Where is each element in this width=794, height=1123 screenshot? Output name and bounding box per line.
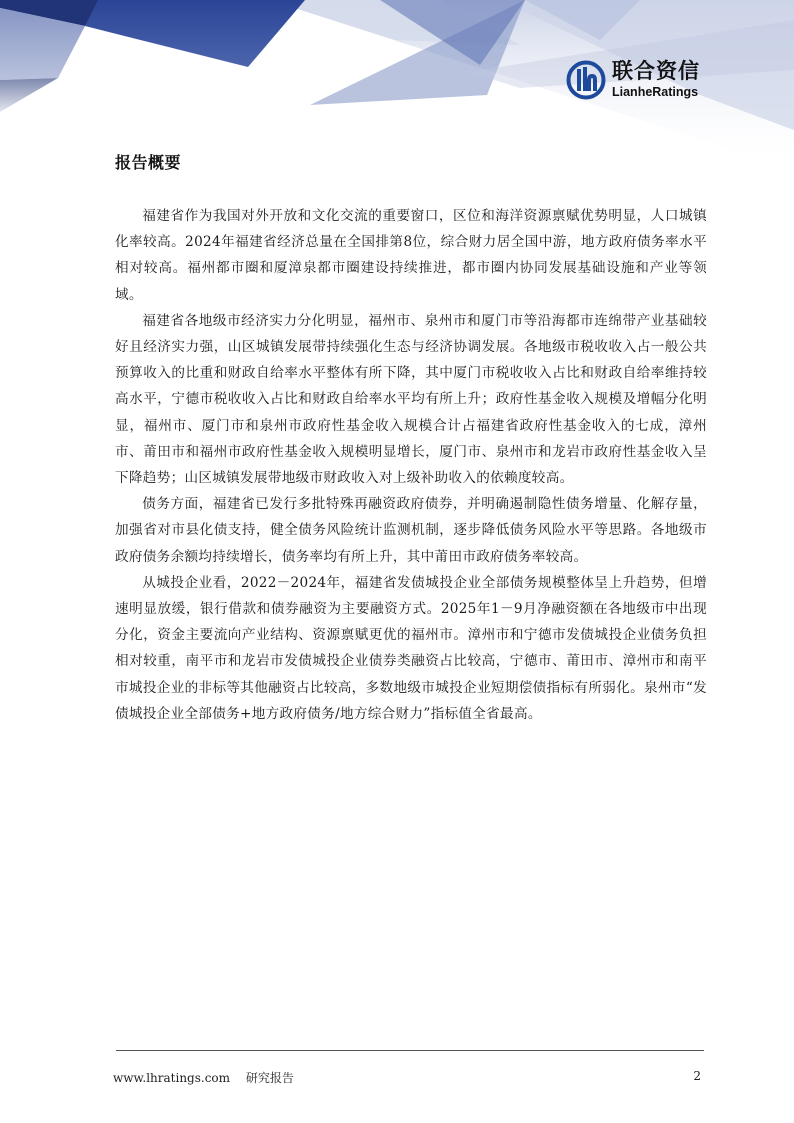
paragraph-debt: 债务方面，福建省已发行多批特殊再融资政府债券，并明确遏制隐性债务增量、化解存量，… xyxy=(115,491,707,570)
company-logo: 联合资信 LianheRatings xyxy=(566,60,700,100)
section-title: 报告概要 xyxy=(115,150,707,173)
paragraph-cities-economy: 福建省各地级市经济实力分化明显，福州市、泉州市和厦门市等沿海都市连绵带产业基础较… xyxy=(115,308,707,491)
footer-website-link[interactable]: www.lhratings.com xyxy=(113,1071,230,1085)
footer-divider xyxy=(116,1050,704,1051)
logo-name-en: LianheRatings xyxy=(612,86,700,99)
logo-name-cn: 联合资信 xyxy=(612,61,700,82)
report-summary: 报告概要 福建省作为我国对外开放和文化交流的重要窗口，区位和海洋资源禀赋优势明显… xyxy=(115,150,707,727)
page-footer: www.lhratings.com 研究报告 2 xyxy=(113,1069,701,1086)
footer-doc-type: 研究报告 xyxy=(246,1071,294,1085)
paragraph-overview: 福建省作为我国对外开放和文化交流的重要窗口，区位和海洋资源禀赋优势明显，人口城镇… xyxy=(115,203,707,308)
lianhe-ratings-logo-icon xyxy=(566,60,606,100)
page-number: 2 xyxy=(693,1069,701,1086)
paragraph-urban-investment: 从城投企业看，2022－2024年，福建省发债城投企业全部债务规模整体呈上升趋势… xyxy=(115,570,707,727)
